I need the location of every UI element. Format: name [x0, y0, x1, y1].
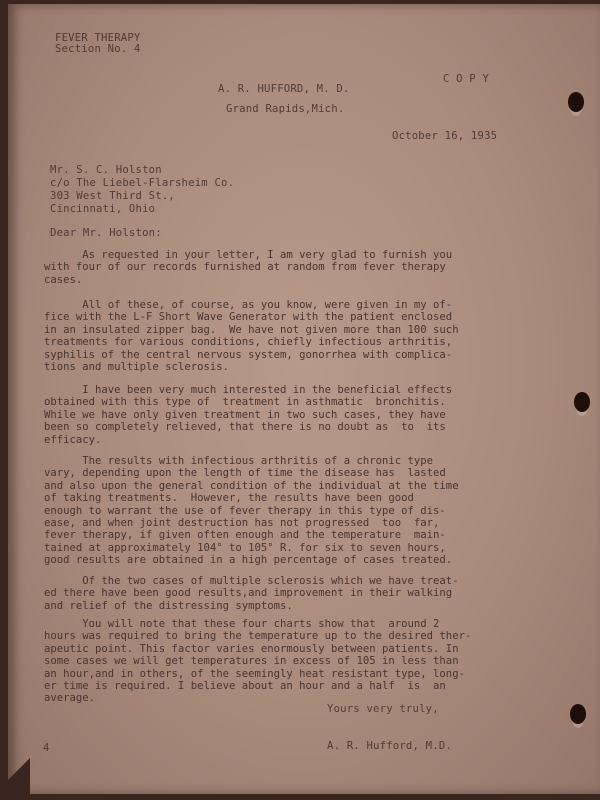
text-line: with four of our records furnished at ra… [44, 261, 522, 273]
paragraph: The results with infectious arthritis of… [44, 455, 522, 567]
text-line: cases. [44, 274, 522, 286]
text-line: fice with the L-F Short Wave Generator w… [44, 311, 522, 323]
text-line: good results are obtained in a high perc… [44, 554, 522, 566]
text-line: tions and multiple sclerosis. [44, 361, 522, 373]
text-line: obtained with this type of treatment in … [44, 396, 522, 408]
text-line: The results with infectious arthritis of… [44, 455, 522, 467]
text-line: I have been very much interested in the … [44, 384, 522, 396]
text-line: and relief of the distressing symptoms. [44, 600, 522, 612]
signature: A. R. Hufford, M.D. [327, 740, 452, 752]
paragraph: Of the two cases of multiple sclerosis w… [44, 575, 522, 612]
text-line: and also upon the general condition of t… [44, 480, 522, 492]
text-line: been so completely relieved, that there … [44, 421, 522, 433]
text-line: ed there have been good results,and impr… [44, 587, 522, 599]
recipient-line: Mr. S. C. Holston [50, 164, 162, 176]
letterhead-city: Grand Rapids,Mich. [226, 103, 344, 115]
recipient-line: c/o The Liebel-Flarsheim Co. [50, 177, 234, 189]
text-line: of taking treatments. However, the resul… [44, 492, 522, 504]
paragraph: You will note that these four charts sho… [44, 618, 522, 705]
recipient-line: Cincinnati, Ohio [50, 203, 155, 215]
recipient-line: 303 West Third St., [50, 190, 175, 202]
paragraph: All of these, of course, as you know, we… [44, 299, 522, 373]
text-line: hours was required to bring the temperat… [44, 630, 522, 642]
text-line: You will note that these four charts sho… [44, 618, 522, 630]
text-line: syphilis of the central nervous system, … [44, 349, 522, 361]
text-line: While we have only given treatment in tw… [44, 409, 522, 421]
text-line: treatments for various conditions, chief… [44, 336, 522, 348]
text-line: All of these, of course, as you know, we… [44, 299, 522, 311]
closing: Yours very truly, [327, 703, 439, 715]
letter-date: October 16, 1935 [392, 130, 497, 142]
punch-hole-top [568, 92, 584, 112]
text-line: Of the two cases of multiple sclerosis w… [44, 575, 522, 587]
page-number: 4 [43, 742, 50, 754]
text-line: efficacy. [44, 434, 522, 446]
text-line: vary, depending upon the length of time … [44, 467, 522, 479]
text-line: some cases we will get temperatures in e… [44, 655, 522, 667]
section-number: Section No. 4 [55, 43, 141, 55]
text-line: apeutic point. This factor varies enormo… [44, 643, 522, 655]
text-line: ease, and when joint destruction has not… [44, 517, 522, 529]
salutation: Dear Mr. Holston: [50, 227, 162, 239]
text-line: tained at approximately 104° to 105° R. … [44, 542, 522, 554]
copy-stamp: C O P Y [443, 73, 489, 85]
punch-hole-bottom [570, 704, 586, 724]
text-line: in an insulated zipper bag. We have not … [44, 324, 522, 336]
punch-hole-middle [574, 392, 590, 412]
text-line: As requested in your letter, I am very g… [44, 249, 522, 261]
letterhead-name: A. R. HUFFORD, M. D. [218, 83, 350, 95]
paragraph: I have been very much interested in the … [44, 384, 522, 446]
text-line: fever therapy, if given often enough and… [44, 529, 522, 541]
text-line: an hour,and in others, of the seemingly … [44, 668, 522, 680]
text-line: enough to warrant the use of fever thera… [44, 505, 522, 517]
text-line: average. [44, 692, 522, 704]
text-line: er time is required. I believe about an … [44, 680, 522, 692]
paragraph: As requested in your letter, I am very g… [44, 249, 522, 286]
